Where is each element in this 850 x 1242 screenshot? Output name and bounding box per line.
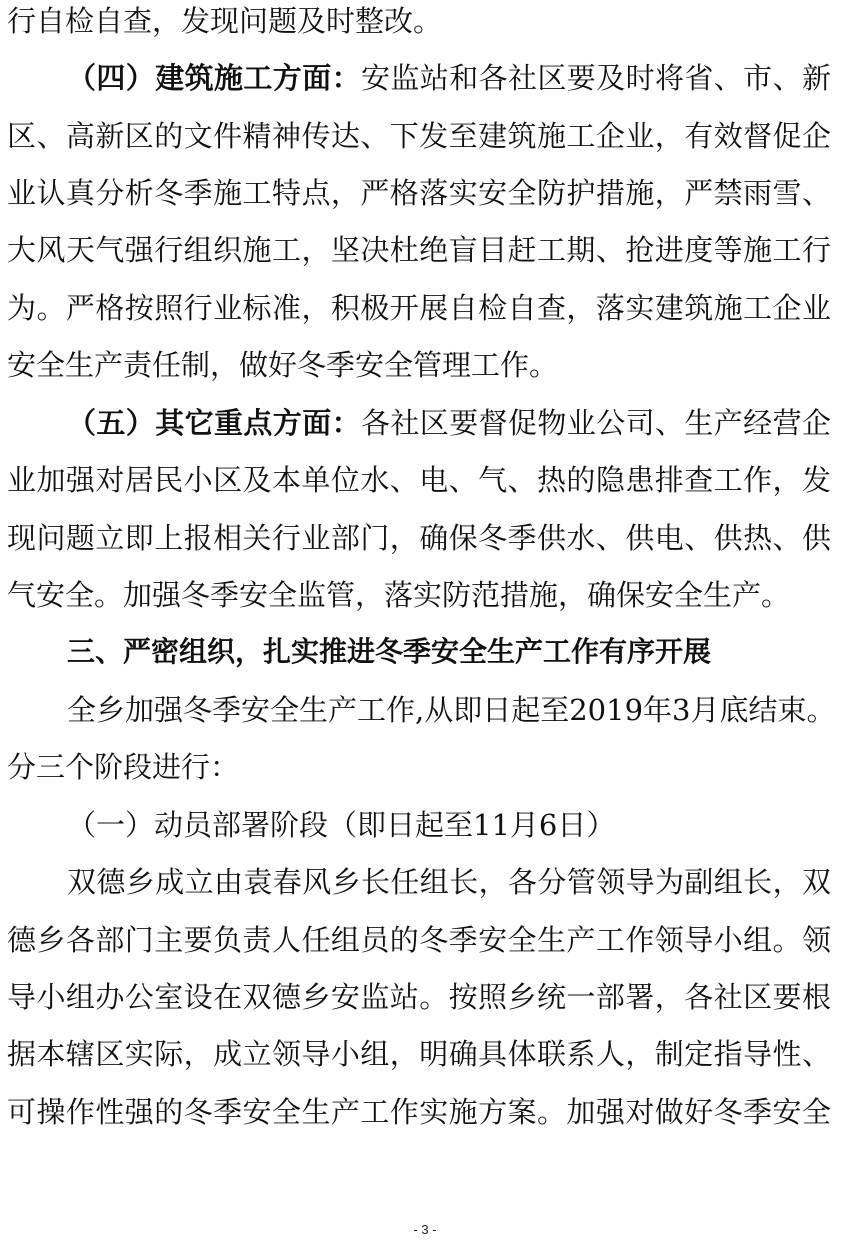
text-line: 各社区要督促物业公司、生产经营企 [361, 406, 831, 440]
page-number: - 3 - [0, 1222, 850, 1237]
text-line: 安监站和各社区要及时将省、市、新 [361, 61, 831, 95]
text-line: 为。严格按照行业标准，积极开展自检自查，落实建筑施工企业 [7, 288, 831, 328]
text-line: 导小组办公室设在双德乡安监站。按照乡统一部署，各社区要根 [7, 977, 831, 1017]
text-line: 据本辖区实际，成立领导小组，明确具体联系人，制定指导性、 [7, 1034, 831, 1074]
text-line: 德乡各部门主要负责人任组员的冬季安全生产工作领导小组。领 [7, 920, 831, 960]
text-line: 行自检自查，发现问题及时整改。 [7, 1, 831, 41]
text-line: 安全生产责任制，做好冬季安全管理工作。 [7, 345, 831, 385]
subsection-heading-one: （一）动员部署阶段（即日起至11月6日） [7, 805, 831, 845]
text-line: 大风天气强行组织施工，坚决杜绝盲目赶工期、抢进度等施工行 [7, 230, 831, 270]
text-line: 业认真分析冬季施工特点，严格落实安全防护措施，严禁雨雪、 [7, 173, 831, 213]
text-line: 现问题立即上报相关行业部门，确保冬季供水、供电、供热、供 [7, 518, 831, 558]
text-line: 气安全。加强冬季安全监管，落实防范措施，确保安全生产。 [7, 575, 831, 615]
text-line: 分三个阶段进行： [7, 747, 831, 787]
text-line: 可操作性强的冬季安全生产工作实施方案。加强对做好冬季安全 [7, 1092, 831, 1132]
text-line: 区、高新区的文件精神传达、下发至建筑施工企业，有效督促企 [7, 116, 831, 156]
section-five-title: （五）其它重点方面： [67, 406, 361, 440]
section-four-line: （四）建筑施工方面：安监站和各社区要及时将省、市、新 [7, 58, 831, 98]
text-line: 业加强对居民小区及本单位水、电、气、热的隐患排查工作，发 [7, 460, 831, 500]
section-heading-three: 三、严密组织，扎实推进冬季安全生产工作有序开展 [7, 632, 831, 672]
text-line: 双德乡成立由袁春风乡长任组长，各分管领导为副组长，双 [7, 862, 831, 902]
section-five-line: （五）其它重点方面：各社区要督促物业公司、生产经营企 [7, 403, 831, 443]
text-line: 全乡加强冬季安全生产工作,从即日起至2019年3月底结束。 [7, 690, 831, 730]
section-four-title: （四）建筑施工方面： [67, 61, 361, 95]
